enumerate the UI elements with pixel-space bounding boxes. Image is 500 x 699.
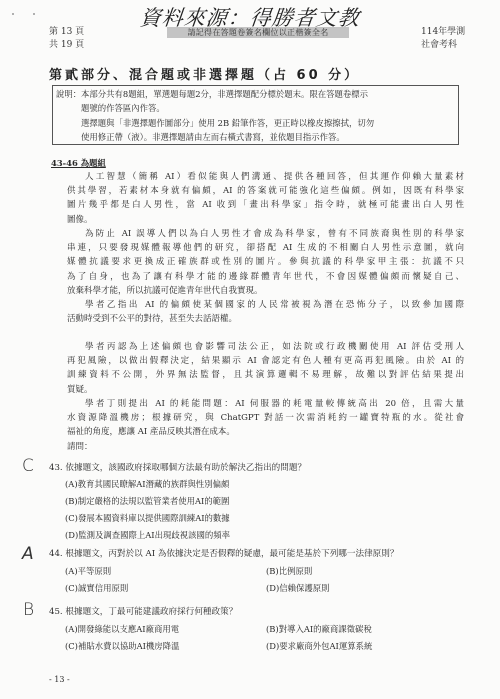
- passage-line: 串連，只要發現媒體報導他們的研究，卻搭配 AI 生成的不相關白人男性示意圖，就向: [67, 241, 464, 255]
- handwritten-answer-44: A: [22, 544, 34, 564]
- passage-line: 福祉的角度，應讓 AI 產品反映其潛在成本。: [67, 425, 464, 439]
- instructions-box: 說明： 本部分共有8題組，單選題每題2分，非選擇題配分標於題末。限在答題卷標示 …: [52, 85, 459, 145]
- option-43-d: (D)監測及調查國際上AI出現歧視該國的頻率: [65, 529, 230, 541]
- passage-line: 媒體抗議要求更換成正確族群或性別的圖片。參與抗議的科學家甲主張：抗議不只: [67, 255, 464, 269]
- handwritten-answer-45: B: [23, 600, 34, 620]
- signature-reminder-banner: 請記得在答題卷簽名欄位以正楷簽全名: [167, 27, 349, 38]
- passage-line: 為了自身，也為了讓有科學才能的邊緣群體青年世代，不會因媒體偏頗而懷疑自己、: [67, 270, 464, 284]
- instructions-line: 本部分共有8題組，單選題每題2分，非選擇題配分標於題末。限在答題卷標示: [81, 87, 368, 102]
- passage-prompt: 請問：: [67, 440, 464, 454]
- option-43-a: (A)教育其國民瞭解AI潛藏的族群與性別偏頗: [65, 478, 229, 490]
- instructions-line: 使用修正帶（液）。非選擇題請由左而右橫式書寫，並依題目指示作答。: [81, 130, 345, 145]
- passage-line: 圖片幾乎都是白人男性，當 AI 收到「畫出科學家」指令時，就極可能畫出白人男性: [67, 198, 464, 212]
- section-title: 第貳部分、混合題或非選擇題（占 60 分）: [49, 64, 360, 83]
- question-stem: 根據題文，丁最可能建議政府採行何種政策？: [65, 607, 237, 617]
- passage-line: 圖像。: [67, 213, 464, 227]
- question-stem: 依據題文，該國政府採取哪個方法最有助於解決乙指出的問題？: [65, 463, 306, 473]
- passage-paragraph: 為防止 AI 誤導人們以為白人男性才會成為科學家，曾有不同族裔與性別的科學家 串…: [67, 227, 464, 298]
- page-indicator: 第 13 頁 共 19 頁: [49, 26, 84, 52]
- scan-speck: [12, 13, 14, 15]
- question-44: 44. 根據題文，丙對於以 AI 為依據決定是否假釋的疑慮，最可能是基於下列哪一…: [49, 547, 398, 559]
- exam-year: 114年學測: [421, 26, 465, 39]
- option-45-c: (C)補貼水費以協助AI機房降溫: [65, 640, 179, 652]
- question-43: 43. 依據題文，該國政府採取哪個方法最有助於解決乙指出的問題？: [49, 461, 306, 473]
- passage-paragraph: 學者丁則提出 AI 的耗能問題：AI 伺服器的耗電量較傳統高出 20 倍，且需大…: [67, 397, 464, 440]
- passage-line: 再犯風險，以做出假釋決定，結果顯示 AI 會認定有色人種有更高再犯風險。由於 A…: [67, 354, 464, 368]
- question-stem: 根據題文，丙對於以 AI 為依據決定是否假釋的疑慮，最可能是基於下列哪一法律原則…: [65, 549, 398, 559]
- option-45-d: (D)要求廠商外包AI運算系統: [266, 640, 372, 652]
- passage-line: 學者丙認為上述偏頗也會影響司法公正，如法院或行政機關使用 AI 評估受刑人: [67, 340, 464, 354]
- page-total: 共 19 頁: [49, 39, 84, 52]
- option-44-d: (D)信賴保護原則: [266, 582, 330, 594]
- passage-line: 為防止 AI 誤導人們以為白人男性才會成為科學家，曾有不同族裔與性別的科學家: [67, 227, 464, 241]
- option-44-c: (C)誠實信用原則: [65, 582, 128, 594]
- page-footer-number: - 13 -: [49, 675, 70, 684]
- page-current: 第 13 頁: [49, 26, 84, 39]
- passage-paragraph: 學者乙指出 AI 的偏頗使某個國家的人民常被視為潛在恐怖分子，以致參加國際 活動…: [67, 298, 464, 326]
- prompt-line: 請問：: [67, 440, 464, 454]
- scan-speck: [33, 13, 35, 15]
- question-number: 45.: [49, 607, 63, 617]
- question-number: 43.: [49, 463, 63, 473]
- passage-line: 學者乙指出 AI 的偏頗使某個國家的人民常被視為潛在恐怖分子，以致參加國際: [67, 298, 464, 312]
- option-44-a: (A)平等原則: [65, 565, 111, 577]
- option-44-b: (B)比例原則: [266, 565, 312, 577]
- passage-line: 放棄科學才能，所以抗議可促進青年世代自我實現。: [67, 284, 464, 298]
- instructions-line: 題號的作答區內作答。: [81, 101, 165, 116]
- passage-line: 活動時受到不公平的對待，甚至失去話語權。: [67, 312, 464, 326]
- passage-line: 訓練資料不公開，外界無法監督，且其演算邏輯不易理解，故難以對評估結果提出: [67, 368, 464, 382]
- exam-subject: 社會考科: [421, 39, 465, 52]
- passage-paragraph: 人工智慧（簡稱 AI）看似能與人們溝通、提供各種回答，但其運作仰賴大量素材 供其…: [67, 170, 464, 227]
- passage-line: 質疑。: [67, 383, 464, 397]
- instructions-line: 選擇題與「非選擇題作圖部分」使用 2B 鉛筆作答，更正時以橡皮擦擦拭，切勿: [81, 116, 374, 131]
- instructions-label: 說明：: [56, 87, 81, 102]
- exam-info: 114年學測 社會考科: [421, 26, 465, 52]
- passage-line: 人工智慧（簡稱 AI）看似能與人們溝通、提供各種回答，但其運作仰賴大量素材: [67, 170, 464, 184]
- passage-paragraph: 學者丙認為上述偏頗也會影響司法公正，如法院或行政機關使用 AI 評估受刑人 再犯…: [67, 340, 464, 397]
- option-43-b: (B)制定嚴格的法規以監管業者使用AI的範圍: [65, 495, 229, 507]
- question-number: 44.: [49, 549, 63, 559]
- passage-line: 水資源降溫機房；根據研究，與 ChatGPT 對話一次需消耗約一罐寶特瓶的水。從…: [67, 411, 464, 425]
- question-45: 45. 根據題文，丁最可能建議政府採行何種政策？: [49, 605, 237, 617]
- question-group-title: 43-46 為題組: [51, 157, 106, 169]
- passage-line: 供其學習，若素材本身就有偏頗，AI 的答案就可能強化這些偏頗。例如，因既有科學家: [67, 184, 464, 198]
- handwritten-answer-43: C: [22, 456, 34, 476]
- passage-line: 學者丁則提出 AI 的耗能問題：AI 伺服器的耗電量較傳統高出 20 倍，且需大…: [67, 397, 464, 411]
- option-45-b: (B)對導入AI的廠商課徵碳稅: [266, 623, 372, 635]
- option-43-c: (C)發展本國資料庫以提供國際訓練AI的數據: [65, 512, 230, 524]
- option-45-a: (A)開發綠能以支應AI廠商用電: [65, 623, 179, 635]
